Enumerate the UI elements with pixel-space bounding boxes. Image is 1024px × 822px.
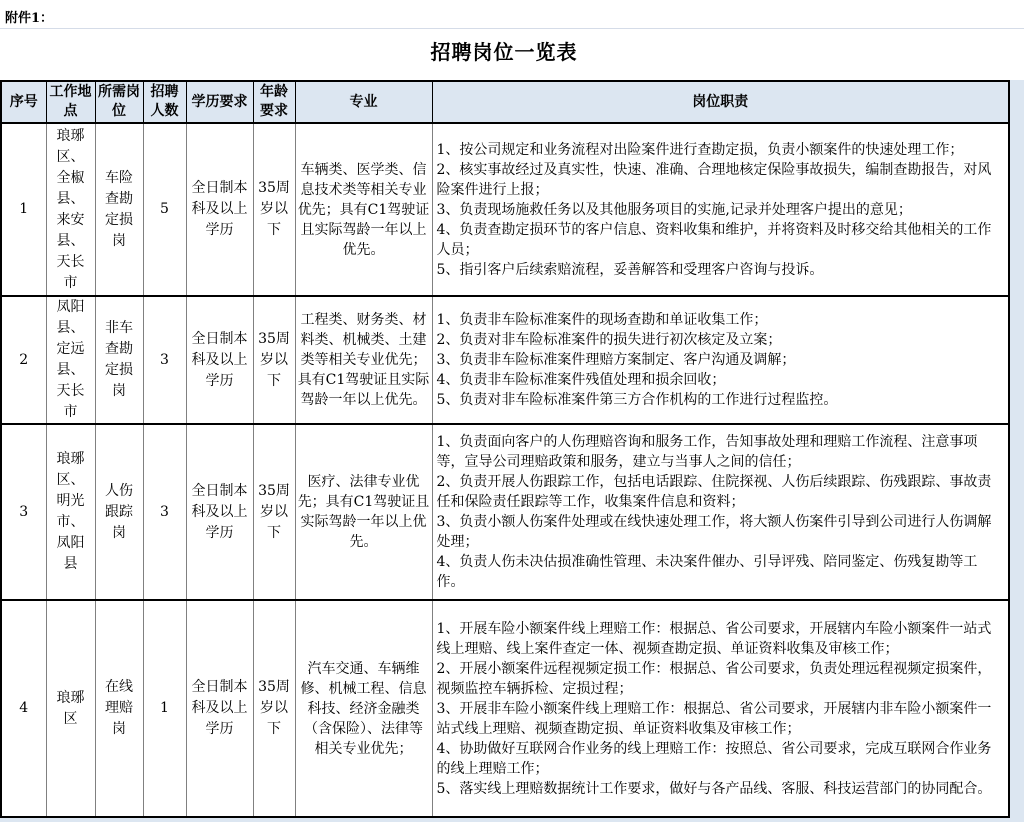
cell-major: 车辆类、医学类、信息技术类等相关专业优先；具有C1驾驶证且实际驾龄一年以上优先。: [295, 123, 432, 296]
cell-no: 1: [1, 123, 46, 296]
top-divider-line: [0, 28, 1024, 29]
cell-duties: 1、开展车险小额案件线上理赔工作：根据总、省公司要求，开展辖内车险小额案件一站式…: [432, 600, 1009, 817]
cell-major: 汽车交通、车辆维修、机械工程、信息科技、经济金融类（含保险）、法律等相关专业优先…: [295, 600, 432, 817]
cell-duties: 1、负责面向客户的人伤理赔咨询和服务工作，告知事故处理和理赔工作流程、注意事项等…: [432, 424, 1009, 600]
cell-major: 工程类、财务类、材料类、机械类、土建类等相关专业优先；具有C1驾驶证且实际驾龄一…: [295, 296, 432, 424]
cell-no: 3: [1, 424, 46, 600]
cell-count: 3: [143, 296, 186, 424]
header-position: 所需岗位: [95, 81, 143, 123]
header-count: 招聘人数: [143, 81, 186, 123]
table-row: 3琅琊区、明光市、凤阳县人伤跟踪岗3全日制本科及以上学历35周岁以下医疗、法律专…: [1, 424, 1009, 600]
cell-count: 3: [143, 424, 186, 600]
cell-count: 1: [143, 600, 186, 817]
cell-age: 35周岁以下: [253, 296, 295, 424]
cell-location: 凤阳县、定远县、天长市: [46, 296, 95, 424]
header-major: 专业: [295, 81, 432, 123]
header-duties: 岗位职责: [432, 81, 1009, 123]
cell-location: 琅琊区、明光市、凤阳县: [46, 424, 95, 600]
table-row: 4琅琊区在线理赔岗1全日制本科及以上学历35周岁以下汽车交通、车辆维修、机械工程…: [1, 600, 1009, 817]
header-age: 年龄要求: [253, 81, 295, 123]
table-row: 2凤阳县、定远县、天长市非车查勘定损岗3全日制本科及以上学历35周岁以下工程类、…: [1, 296, 1009, 424]
recruitment-table: 序号工作地点所需岗位招聘人数学历要求年龄要求专业岗位职责 1琅琊区、全椒县、来安…: [0, 80, 1010, 818]
header-location: 工作地点: [46, 81, 95, 123]
cell-position: 人伤跟踪岗: [95, 424, 143, 600]
cell-no: 2: [1, 296, 46, 424]
cell-age: 35周岁以下: [253, 123, 295, 296]
cell-education: 全日制本科及以上学历: [186, 600, 253, 817]
cell-age: 35周岁以下: [253, 600, 295, 817]
table-row: 1琅琊区、全椒县、来安县、天长市车险查勘定损岗5全日制本科及以上学历35周岁以下…: [1, 123, 1009, 296]
cell-location: 琅琊区、全椒县、来安县、天长市: [46, 123, 95, 296]
attachment-label: 附件1：: [5, 7, 53, 26]
cell-major: 医疗、法律专业优先；具有C1驾驶证且实际驾龄一年以上优先。: [295, 424, 432, 600]
cell-education: 全日制本科及以上学历: [186, 296, 253, 424]
cell-position: 车险查勘定损岗: [95, 123, 143, 296]
cell-count: 5: [143, 123, 186, 296]
cell-no: 4: [1, 600, 46, 817]
cell-education: 全日制本科及以上学历: [186, 123, 253, 296]
cell-duties: 1、按公司规定和业务流程对出险案件进行查勘定损，负责小额案件的快速处理工作； 2…: [432, 123, 1009, 296]
header-education: 学历要求: [186, 81, 253, 123]
header-no: 序号: [1, 81, 46, 123]
cell-duties: 1、负责非车险标准案件的现场查勘和单证收集工作； 2、负责对非车险标准案件的损失…: [432, 296, 1009, 424]
cell-position: 非车查勘定损岗: [95, 296, 143, 424]
cell-location: 琅琊区: [46, 600, 95, 817]
page-title: 招聘岗位一览表: [0, 36, 1008, 65]
cell-education: 全日制本科及以上学历: [186, 424, 253, 600]
table-header-row: 序号工作地点所需岗位招聘人数学历要求年龄要求专业岗位职责: [1, 81, 1009, 123]
cell-age: 35周岁以下: [253, 424, 295, 600]
cell-position: 在线理赔岗: [95, 600, 143, 817]
